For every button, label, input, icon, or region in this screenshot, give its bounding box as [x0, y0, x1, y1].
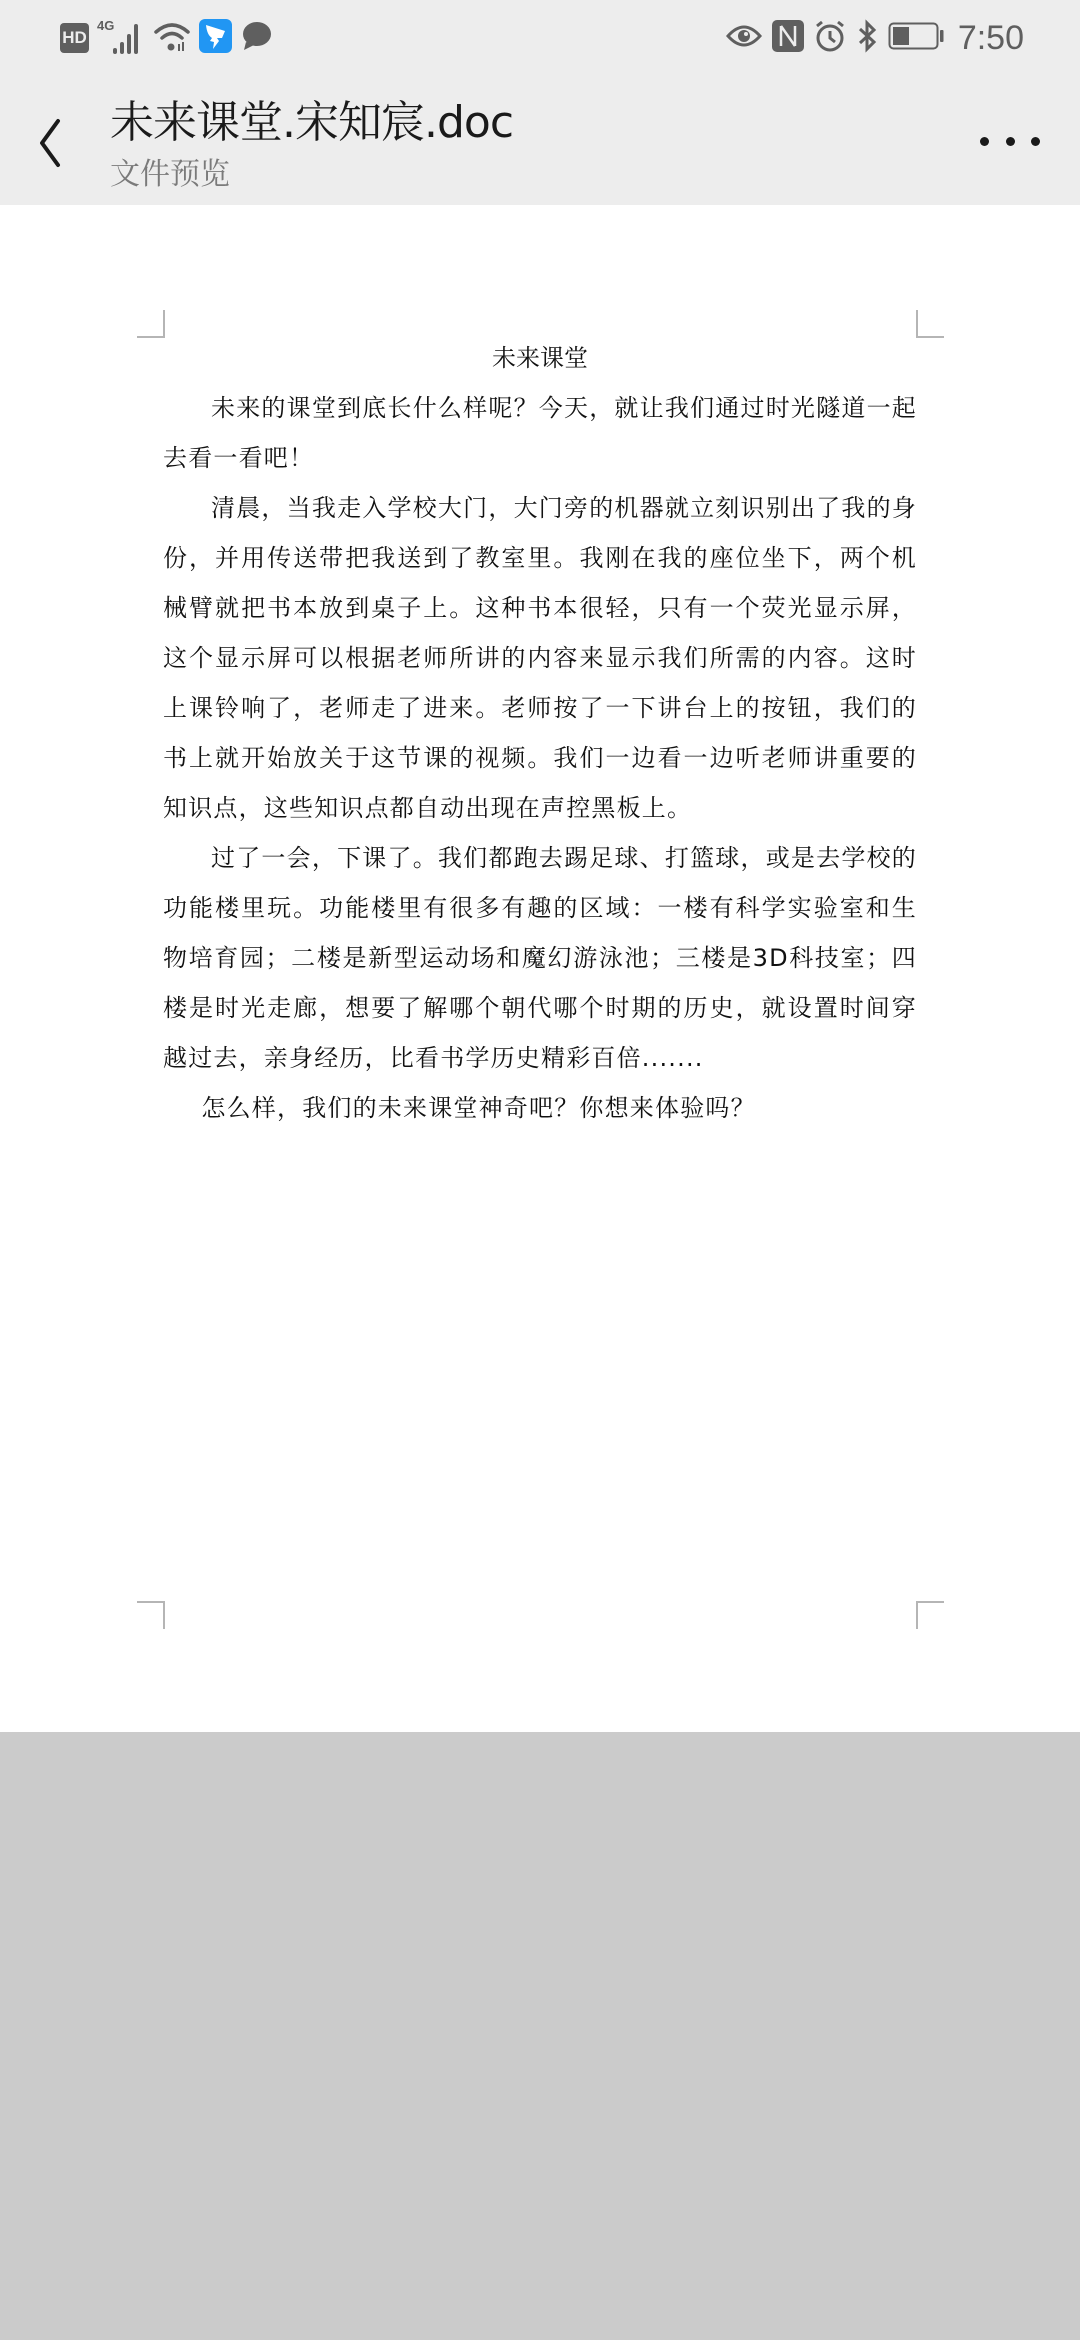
margin-corner-bottom-right — [916, 1601, 944, 1629]
paragraph: 未来的课堂到底长什么样呢？今天，就让我们通过时光隧道一起去看一看吧！ — [163, 383, 917, 483]
alarm-icon — [814, 19, 846, 57]
viewer-background — [0, 1732, 1080, 2340]
document-title: 未来课堂 — [163, 333, 917, 383]
status-bar-left: HD 4G — [60, 20, 272, 56]
more-horizontal-icon — [980, 137, 989, 146]
wifi-icon — [153, 20, 191, 56]
paragraph: 怎么样，我们的未来课堂神奇吧？你想来体验吗？ — [163, 1083, 917, 1133]
margin-corner-top-left — [137, 310, 165, 338]
app-bar: 未来课堂.宋知宸.doc 文件预览 — [0, 76, 1080, 205]
back-button[interactable] — [30, 106, 80, 176]
document-body: 未来课堂 未来的课堂到底长什么样呢？今天，就让我们通过时光隧道一起去看一看吧！ … — [163, 333, 917, 1133]
message-bubble-icon — [240, 20, 272, 56]
bluetooth-icon — [856, 19, 878, 57]
margin-corner-top-right — [916, 310, 944, 338]
paragraph: 过了一会，下课了。我们都跑去踢足球、打篮球，或是去学校的功能楼里玩。功能楼里有很… — [163, 833, 917, 1083]
eye-comfort-icon — [726, 22, 762, 54]
file-subtitle: 文件预览 — [110, 149, 230, 193]
more-options-button[interactable] — [980, 121, 1040, 161]
4g-signal-icon: 4G — [97, 20, 145, 56]
more-horizontal-icon — [1006, 137, 1015, 146]
file-title: 未来课堂.宋知宸.doc — [110, 86, 513, 150]
document-page[interactable]: 未来课堂 未来的课堂到底长什么样呢？今天，就让我们通过时光隧道一起去看一看吧！ … — [0, 205, 1080, 1732]
dingtalk-app-icon — [199, 19, 232, 57]
battery-icon — [888, 21, 944, 55]
status-bar: HD 4G — [0, 0, 1080, 76]
clock-time: 7:50 — [958, 19, 1024, 58]
margin-corner-bottom-left — [137, 1601, 165, 1629]
status-bar-right: 7:50 — [726, 20, 1024, 56]
more-horizontal-icon — [1031, 137, 1040, 146]
hd-icon: HD — [60, 23, 89, 53]
chevron-left-icon — [30, 106, 80, 176]
nfc-icon — [772, 20, 804, 56]
paragraph: 清晨，当我走入学校大门，大门旁的机器就立刻识别出了我的身份，并用传送带把我送到了… — [163, 483, 917, 833]
